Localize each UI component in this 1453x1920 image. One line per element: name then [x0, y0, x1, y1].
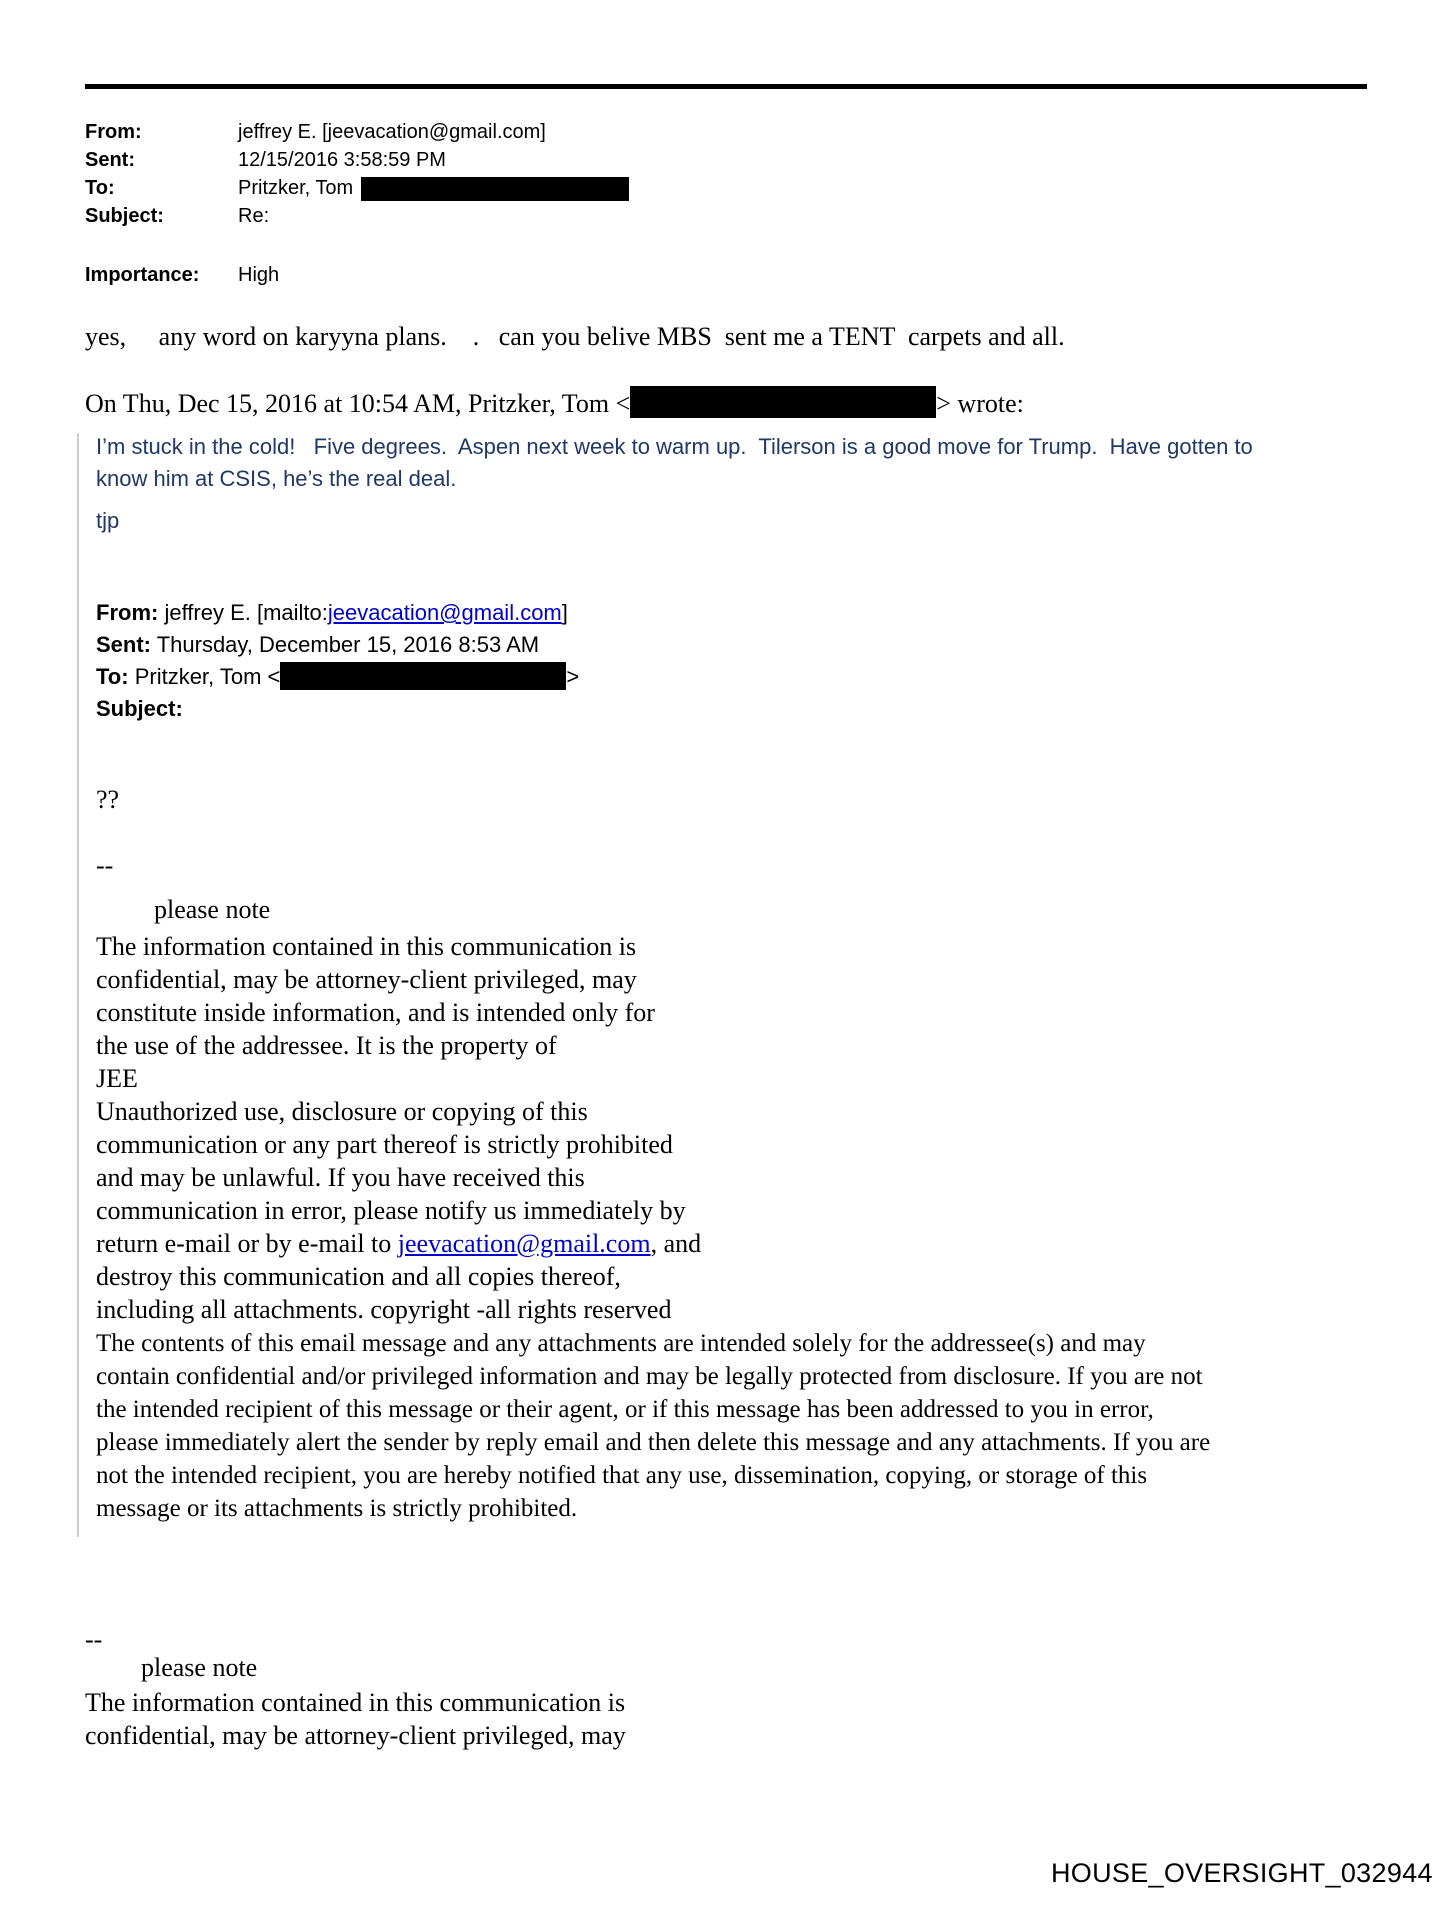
sent-label: Sent: — [85, 146, 135, 174]
quoted-signature: tjp — [96, 505, 119, 537]
disclaimer-email-link[interactable]: jeevacation@gmail.com — [398, 1229, 651, 1258]
sent-value: 12/15/2016 3:58:59 PM — [238, 146, 446, 174]
quoted-subject: Subject: — [96, 693, 183, 725]
corporate-disclaimer-line: The contents of this email message and a… — [96, 1327, 1436, 1360]
subject-value: Re: — [238, 202, 269, 230]
reply-body: yes, any word on karyyna plans. . can yo… — [85, 321, 1065, 353]
bottom-signature-separator: -- — [85, 1624, 102, 1656]
quoted-to: To: Pritzker, Tom <> — [96, 661, 579, 693]
quoted-from-email-link[interactable]: jeevacation@gmail.com — [328, 600, 562, 625]
corporate-disclaimer: The contents of this email message and a… — [96, 1327, 1436, 1525]
corporate-disclaimer-line: please immediately alert the sender by r… — [96, 1426, 1436, 1459]
bottom-disclaimer-line: The information contained in this commun… — [85, 1686, 805, 1719]
disclaimer-line: the use of the addressee. It is the prop… — [96, 1029, 816, 1062]
corporate-disclaimer-line: the intended recipient of this message o… — [96, 1393, 1436, 1426]
original-body: ?? — [96, 784, 119, 816]
disclaimer-line: communication in error, please notify us… — [96, 1194, 816, 1227]
quoted-line-1: I’m stuck in the cold! Five degrees. Asp… — [96, 431, 1253, 463]
subject-label: Subject: — [85, 202, 164, 230]
disclaimer-tail-lines: destroy this communication and all copie… — [96, 1260, 816, 1326]
bottom-disclaimer-line: confidential, may be attorney-client pri… — [85, 1719, 805, 1752]
quoted-sent: Sent: Thursday, December 15, 2016 8:53 A… — [96, 629, 539, 661]
corporate-disclaimer-line: contain confidential and/or privileged i… — [96, 1360, 1436, 1393]
importance-value: High — [238, 261, 279, 289]
quoted-from: From: jeffrey E. [mailto:jeevacation@gma… — [96, 597, 568, 629]
signature-separator: -- — [96, 850, 113, 882]
corporate-disclaimer-line: not the intended recipient, you are here… — [96, 1459, 1436, 1492]
redaction-block — [280, 662, 566, 690]
to-label: To: — [85, 174, 115, 202]
quote-intro: On Thu, Dec 15, 2016 at 10:54 AM, Pritzk… — [85, 386, 1024, 420]
disclaimer-email-line: return e-mail or by e-mail to jeevacatio… — [96, 1227, 816, 1260]
from-value: jeffrey E. [jeevacation@gmail.com] — [238, 118, 546, 146]
personal-disclaimer: The information contained in this commun… — [96, 930, 816, 1326]
disclaimer-line: Unauthorized use, disclosure or copying … — [96, 1095, 816, 1128]
disclaimer-lines: The information contained in this commun… — [96, 930, 816, 1227]
disclaimer-line: destroy this communication and all copie… — [96, 1260, 816, 1293]
corporate-disclaimer-line: message or its attachments is strictly p… — [96, 1492, 1436, 1525]
bottom-disclaimer: The information contained in this commun… — [85, 1686, 805, 1752]
disclaimer-line: and may be unlawful. If you have receive… — [96, 1161, 816, 1194]
disclaimer-line: confidential, may be attorney-client pri… — [96, 963, 816, 996]
disclaimer-line: communication or any part thereof is str… — [96, 1128, 816, 1161]
quote-bar — [77, 433, 79, 1537]
from-label: From: — [85, 118, 142, 146]
redaction-block — [361, 177, 629, 201]
bates-number: HOUSE_OVERSIGHT_032944 — [1051, 1858, 1433, 1889]
disclaimer-line: constitute inside information, and is in… — [96, 996, 816, 1029]
disclaimer-line: The information contained in this commun… — [96, 930, 816, 963]
to-value: Pritzker, Tom — [238, 174, 629, 202]
please-note: please note — [154, 894, 270, 926]
to-name: Pritzker, Tom — [238, 177, 353, 199]
importance-label: Importance: — [85, 261, 199, 289]
bottom-please-note: please note — [141, 1652, 257, 1684]
quoted-line-2: know him at CSIS, he’s the real deal. — [96, 463, 456, 495]
header-rule — [85, 84, 1367, 89]
disclaimer-line: JEE — [96, 1062, 816, 1095]
disclaimer-line: including all attachments. copyright -al… — [96, 1293, 816, 1326]
redaction-block — [630, 386, 936, 418]
